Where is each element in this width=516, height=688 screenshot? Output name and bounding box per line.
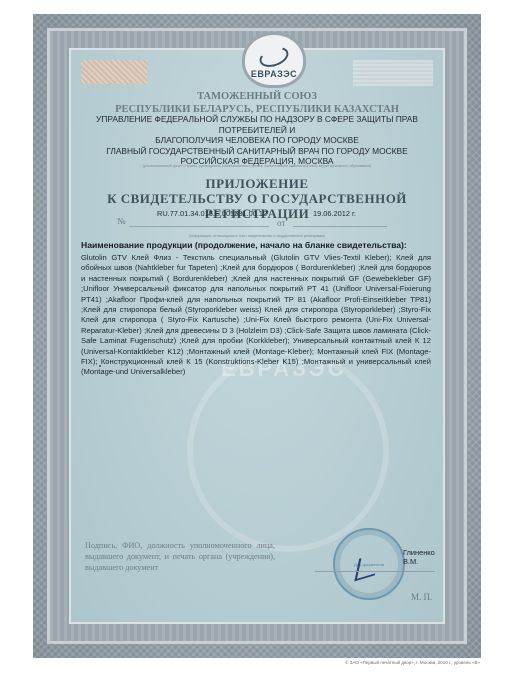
certificate-sheet: ЕВРАЗЭС ЕВРАЗЭС ТАМОЖЕННЫЙ СОЮЗ РЕСПУБЛИ… xyxy=(33,14,481,658)
agency-line-2: БЛАГОПОЛУЧИЯ ЧЕЛОВЕКА ПО ГОРОДУ МОСКВЕ xyxy=(71,135,443,146)
date-label: от xyxy=(277,218,285,228)
emblem-label: ЕВРАЗЭС xyxy=(251,69,297,79)
security-hatch-right xyxy=(353,60,433,86)
union-line-1: ТАМОЖЕННЫЙ СОЮЗ xyxy=(71,90,443,103)
title-line-1: ПРИЛОЖЕНИЕ xyxy=(71,176,443,191)
products-heading: Наименование продукции (продолжение, нач… xyxy=(81,240,433,250)
security-hatch-left xyxy=(81,60,147,84)
agency-line-1: УПРАВЛЕНИЕ ФЕДЕРАЛЬНОЙ СЛУЖБЫ ПО НАДЗОРУ… xyxy=(71,114,443,135)
agency-header: УПРАВЛЕНИЕ ФЕДЕРАЛЬНОЙ СЛУЖБЫ ПО НАДЗОРУ… xyxy=(71,114,443,167)
signature-caption: Подпись, ФИО, должность уполномоченного … xyxy=(85,540,275,573)
signature-line xyxy=(315,571,435,572)
printer-note: © ЗАО «Первый печатный двор», г. Москва,… xyxy=(345,660,480,665)
certificate-number: RU.77.01.34.015.E.005531.06.12 xyxy=(157,209,267,218)
signer-name: Глиненко В.М. xyxy=(403,548,443,566)
emblem-swoosh-icon xyxy=(257,43,291,70)
agency-line-3: ГЛАВНЫЙ ГОСУДАРСТВЕННЫЙ САНИТАРНЫЙ ВРАЧ … xyxy=(71,146,443,157)
stamp-place-label: М. П. xyxy=(411,592,432,602)
number-label: № xyxy=(117,216,126,226)
products-list: Glutolin GTV Клей Флиз - Текстиль специа… xyxy=(81,253,431,378)
evraz-emblem-icon: ЕВРАЗЭС xyxy=(242,32,306,88)
certificate-body: ЕВРАЗЭС ЕВРАЗЭС ТАМОЖЕННЫЙ СОЮЗ РЕСПУБЛИ… xyxy=(69,48,445,624)
date-underline xyxy=(293,226,387,227)
mark-dot xyxy=(99,365,101,367)
agency-caption: (уполномоченный орган Стороны, руководит… xyxy=(71,164,443,169)
certificate-date: 19.06.2012 г. xyxy=(313,209,356,218)
union-header: ТАМОЖЕННЫЙ СОЮЗ РЕСПУБЛИКИ БЕЛАРУСЬ, РЕС… xyxy=(71,90,443,116)
number-underline xyxy=(129,226,269,227)
info-caption: (информация, не вошедшая в текст свидете… xyxy=(71,234,443,239)
